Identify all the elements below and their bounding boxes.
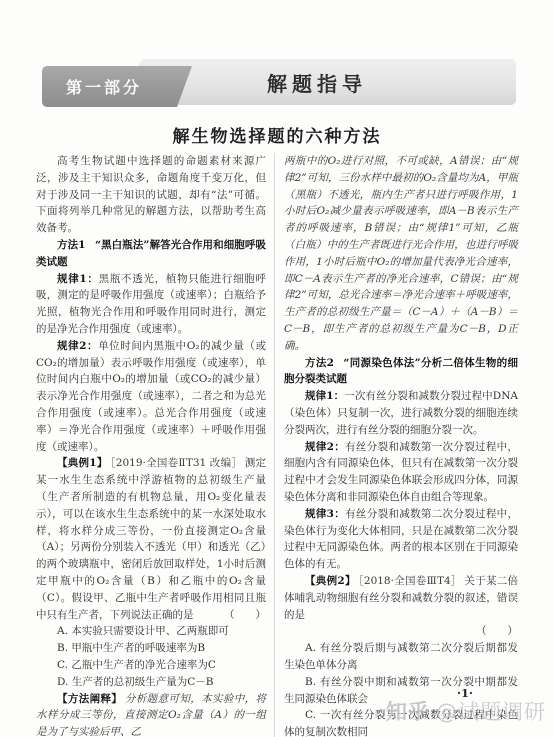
method2-heading: 方法2“同源染色体法”分析二倍体生物的细胞分裂类试题 (284, 355, 518, 389)
rule-label: 规律2： (57, 340, 98, 352)
section-title-label: 解题指导 (267, 68, 367, 97)
method2-label: 方法2 (305, 357, 334, 369)
rule-label: 规律1： (305, 390, 344, 402)
two-column-body: 高考生物试题中选择题的命题素材来源广泛，涉及主干知识众多，命题角度千变万化，但对… (36, 153, 518, 737)
rule-label: 规律1： (57, 273, 99, 285)
zhihu-logo-text: 知乎 (386, 700, 430, 724)
example2-label: 【典例2】 (305, 575, 356, 587)
option-item: A. 本实验只需要设计甲、乙两瓶即可 (36, 623, 266, 640)
page-title: 解生物选择题的六种方法 (0, 122, 554, 147)
method-explain-paragraph: 【方法阐释】分析题意可知，本实验中，将水样分成三等份，直接测定O₂含量（A）的一… (36, 691, 266, 737)
option-item: D. 生产者的总初级生产量为C－B (36, 674, 266, 691)
part-label-box: 第一部分 (42, 66, 192, 107)
example2-source: ［2018·全国卷ⅢT4］ (358, 575, 461, 587)
example2-paragraph: 【典例2】［2018·全国卷ⅢT4］关于某二倍体哺乳动物细胞有丝分裂和减数分裂的… (284, 573, 518, 623)
section-banner: 解题指导 第一部分 (42, 57, 516, 109)
part-label: 第一部分 (66, 75, 142, 98)
rule-paragraph: 规律3：有丝分裂和减数第二次分裂过程中，染色体行为变化大体相同，只是在减数第二次… (284, 506, 518, 573)
answer-bracket: （ ） (284, 623, 518, 640)
intro-paragraph: 高考生物试题中选择题的命题素材来源广泛，涉及主干知识众多，命题角度千变万化，但对… (36, 153, 266, 237)
rule-text: 单位时间内黑瓶中O₂的减少量（或CO₂的增加量）表示呼吸作用强度（或速率），单位… (36, 340, 266, 453)
explain-label: 【方法阐释】 (57, 693, 122, 705)
scanned-book-page: 解题指导 第一部分 解生物选择题的六种方法 高考生物试题中选择题的命题素材来源广… (0, 0, 554, 737)
example1-label: 【典例1】 (57, 457, 108, 469)
example1-source: ［2019·全国卷ⅡT31 改编］ (110, 457, 242, 469)
rule-paragraph: 规律2：有丝分裂和减数第一次分裂过程中，细胞内含有同源染色体，但只有在减数第一次… (284, 439, 518, 506)
example1-text: 测定某一水生生态系统中浮游植物的总初级生产量（生产者所制造的有机物总量，用O₂变… (36, 457, 266, 620)
column-right: 两瓶中的O₂进行对照，不可或缺，A错误；由“规律2”可知，三份水样中最初的O₂含… (274, 153, 518, 737)
zhihu-watermark: 知乎@试题调研 (386, 696, 546, 726)
column-left: 高考生物试题中选择题的命题素材来源广泛，涉及主干知识众多，命题角度千变万化，但对… (36, 153, 266, 737)
option-item: B. 甲瓶中生产者的呼吸速率为B (36, 640, 266, 657)
example1-paragraph: 【典例1】［2019·全国卷ⅡT31 改编］测定某一水生生态系统中浮游植物的总初… (36, 455, 266, 623)
watermark-handle: @试题调研 (436, 700, 546, 724)
rule-label: 规律3： (305, 508, 345, 520)
answer-bracket: （ ） (203, 607, 266, 624)
rule-paragraph: 规律1：一次有丝分裂和减数分裂过程中DNA（染色体）只复制一次，进行减数分裂的细… (284, 388, 518, 438)
method1-label: 方法1 (57, 239, 86, 251)
explain-continuation: 两瓶中的O₂进行对照，不可或缺，A错误；由“规律2”可知，三份水样中最初的O₂含… (284, 153, 518, 355)
option-item: A. 有丝分裂后期与减数第二次分裂后期都发生染色单体分离 (284, 640, 518, 674)
rule-paragraph: 规律1：黑瓶不透光，植物只能进行细胞呼吸，测定的是呼吸作用强度（或速率）；白瓶给… (36, 271, 266, 338)
method1-heading: 方法1“黑白瓶法”解答光合作用和细胞呼吸类试题 (36, 237, 266, 271)
rule-paragraph: 规律2：单位时间内黑瓶中O₂的减少量（或CO₂的增加量）表示呼吸作用强度（或速率… (36, 338, 266, 456)
option-item: C. 乙瓶中生产者的净光合速率为C (36, 657, 266, 674)
rule-label: 规律2： (305, 441, 345, 453)
